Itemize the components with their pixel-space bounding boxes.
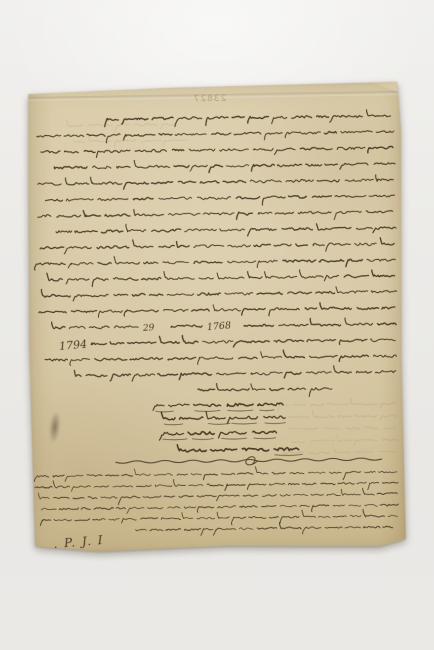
divider-flourish — [116, 455, 382, 466]
main-text-line — [105, 110, 391, 128]
edge-smudge — [84, 83, 110, 91]
main-text-line — [38, 174, 394, 191]
bleedthrough-text — [278, 398, 396, 412]
main-text-line — [74, 365, 395, 382]
main-text-line — [38, 206, 393, 223]
main-text-line — [56, 221, 396, 238]
legible-number: 29 — [142, 323, 156, 334]
verse-line — [159, 431, 276, 440]
footnote-line — [41, 504, 398, 515]
main-text-line — [39, 302, 395, 319]
main-text-line — [40, 237, 394, 255]
footnote-line — [38, 488, 397, 506]
manuscript-photo-background: 2917681794. P. J. I23827 — [0, 0, 434, 650]
paper-sheet: 2917681794. P. J. I23827 — [26, 82, 406, 553]
main-text-line — [34, 253, 395, 270]
main-text-line — [91, 333, 395, 349]
main-text-line — [45, 349, 397, 366]
footnote-line — [136, 521, 393, 536]
main-text-line — [41, 285, 396, 301]
bleedthrough-text — [288, 409, 397, 421]
legible-number: 1794 — [59, 338, 88, 353]
handwriting-layer: 2917681794. P. J. I23827 — [26, 82, 406, 553]
verse-line — [161, 411, 285, 425]
main-text-line — [198, 382, 332, 398]
main-text-line — [41, 146, 393, 158]
bleedthrough-text — [291, 434, 397, 445]
legible-number: 1768 — [207, 320, 232, 333]
paper-surface: 2917681794. P. J. I23827 — [26, 82, 406, 553]
footnote-line — [34, 465, 397, 484]
stamp-number: 23827 — [193, 94, 227, 104]
signature-text: . P. J. I — [53, 533, 105, 551]
main-text-line — [46, 194, 395, 207]
footnote-line — [40, 509, 397, 527]
verse-line — [153, 403, 283, 412]
bleedthrough-text — [66, 118, 176, 131]
verse-line — [177, 443, 302, 457]
main-text-line — [47, 269, 395, 287]
bleedthrough-text — [288, 427, 397, 430]
bleedthrough-text — [283, 445, 397, 454]
main-text-line — [54, 157, 395, 174]
